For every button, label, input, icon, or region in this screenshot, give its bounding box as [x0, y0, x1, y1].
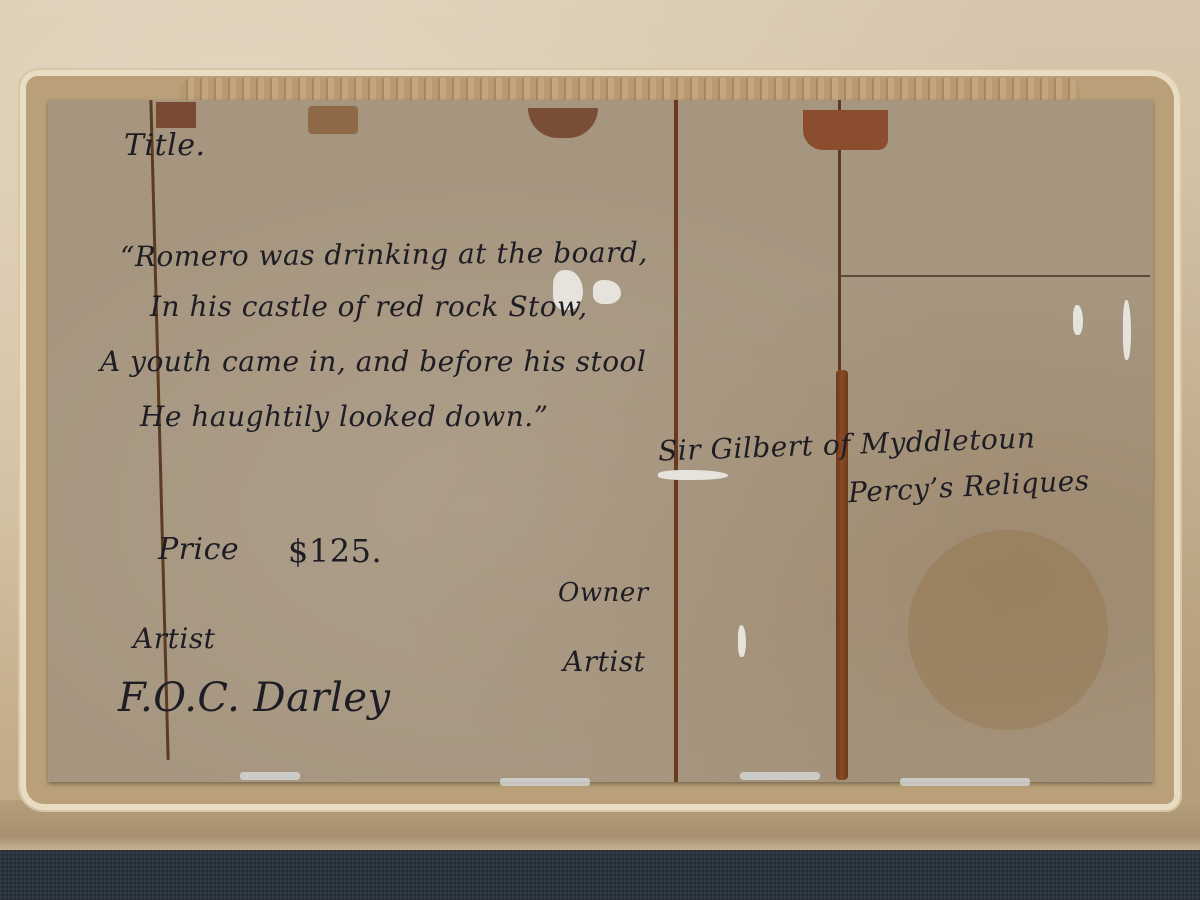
- paint-chip: [658, 470, 728, 480]
- paint-chip: [1123, 300, 1131, 360]
- paint-chip: [593, 280, 621, 304]
- artist-signature: F.O.C. Darley: [118, 675, 391, 721]
- title-label: Title.: [124, 128, 206, 163]
- fabric-surface: [0, 850, 1200, 900]
- verse-line-2: In his castle of red rock Stow,: [150, 290, 588, 323]
- verse-line-4: He haughtily looked down.”: [140, 400, 549, 433]
- water-stain: [908, 530, 1108, 730]
- price-label: Price: [158, 532, 239, 567]
- artist-label-right: Artist: [563, 645, 645, 678]
- tape-fragment: [500, 778, 590, 786]
- owner-label: Owner: [558, 578, 649, 608]
- source-line-1: Sir Gilbert of Myddletoun: [658, 421, 1036, 467]
- paint-chip: [1073, 305, 1083, 335]
- artist-label-left: Artist: [133, 622, 215, 655]
- paint-chip: [738, 625, 746, 657]
- tape-fragment: [240, 772, 300, 780]
- panel-crack-horizontal: [840, 275, 1150, 277]
- rust-patch: [803, 110, 888, 150]
- verse-line-1: “Romero was drinking at the board,: [120, 236, 648, 274]
- source-line-2: Percy’s Reliques: [847, 464, 1090, 510]
- label-panel: Title. “Romero was drinking at the board…: [48, 100, 1153, 782]
- tape-fragment: [740, 772, 820, 780]
- rust-patch: [528, 108, 598, 138]
- tape-fragment: [900, 778, 1030, 786]
- rust-patch: [308, 106, 358, 134]
- rust-patch: [156, 102, 196, 128]
- price-value: $125.: [288, 532, 382, 570]
- verse-line-3: A youth came in, and before his stool: [100, 345, 646, 378]
